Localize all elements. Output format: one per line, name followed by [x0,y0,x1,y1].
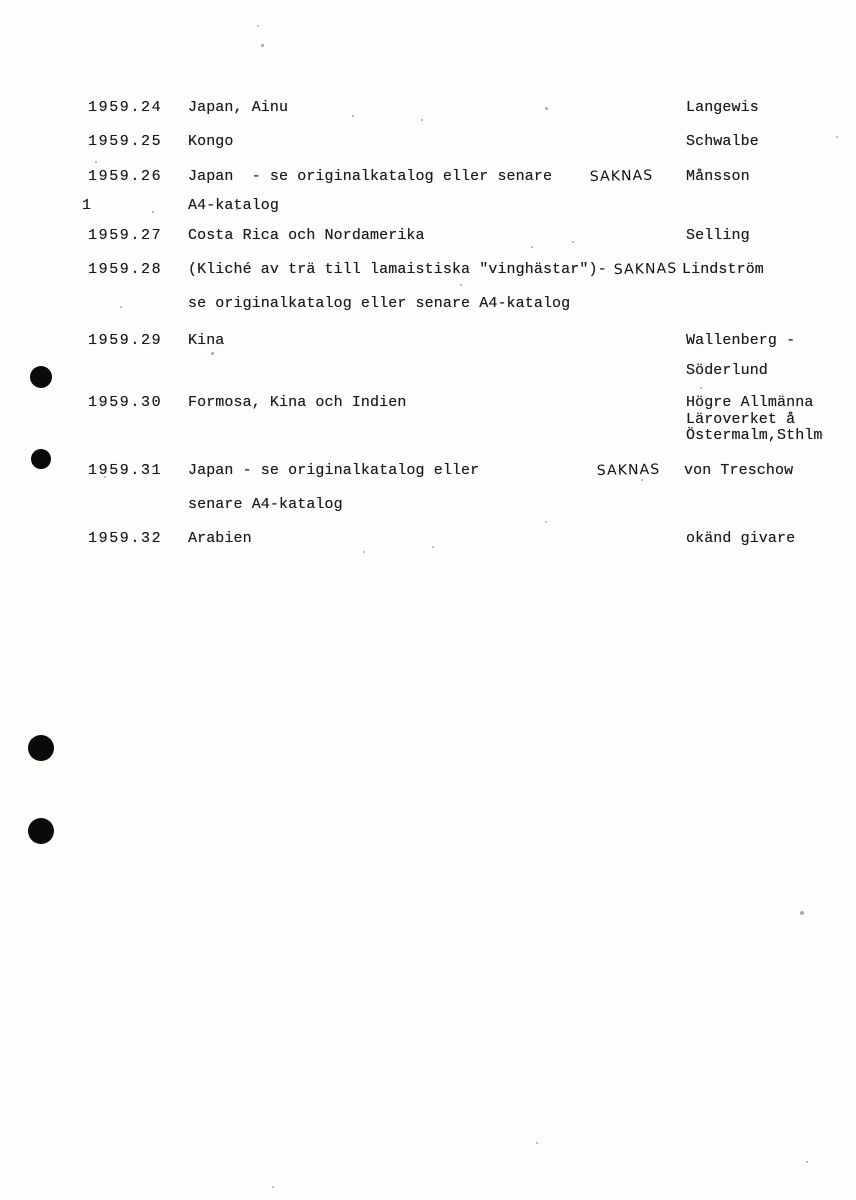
scan-speck [152,211,154,213]
donor-name: Wallenberg - [686,332,795,350]
scan-speck [800,911,804,915]
donor-name: Langewis [686,99,759,117]
donor-name: okänd givare [686,530,795,548]
entry-description: Kina [188,332,224,350]
entry-description: se originalkatalog eller senare A4-katal… [188,295,570,313]
scan-speck [641,479,643,481]
punch-hole-mark [30,366,52,388]
saknas-annotation: SAKNAS [614,260,678,279]
entry-description: senare A4-katalog [188,496,343,514]
scan-speck [363,551,365,553]
saknas-annotation: SAKNAS [590,167,654,186]
scan-speck [545,521,547,523]
scan-speck [211,352,214,355]
scan-speck [432,546,434,548]
punch-hole-mark [28,818,54,844]
accession-number: 1959.28 [88,261,162,279]
scan-speck [460,284,462,286]
donor-name: Schwalbe [686,133,759,151]
accession-number: 1959.24 [88,99,162,117]
donor-name: Lindström [682,261,764,279]
margin-note: 1 [82,197,91,215]
scan-speck [104,476,106,478]
scan-speck [95,161,97,163]
scan-speck [821,434,823,436]
accession-number: 1959.25 [88,133,162,151]
scan-speck [257,25,259,27]
accession-number: 1959.26 [88,168,162,186]
accession-number: 1959.27 [88,227,162,245]
scan-speck [545,107,548,110]
scan-speck [120,306,122,308]
scan-speck [531,246,533,248]
scan-speck [836,136,838,138]
entry-description: Formosa, Kina och Indien [188,394,406,412]
entry-description: Japan - se originalkatalog eller [188,462,479,480]
donor-name: Selling [686,227,750,245]
saknas-annotation: SAKNAS [597,461,661,480]
scanned-document-page: 1959.24Japan, AinuLangewis1959.25KongoSc… [0,0,856,1200]
punch-hole-mark [31,449,51,469]
donor-name: Östermalm,Sthlm [686,427,823,445]
scan-speck [536,1142,538,1144]
entry-description: Arabien [188,530,252,548]
accession-number: 1959.30 [88,394,162,412]
scan-speck [272,1186,274,1188]
entry-description: (Kliché av trä till lamaistiska "vinghäs… [188,261,607,279]
accession-number: 1959.32 [88,530,162,548]
punch-hole-mark [28,735,54,761]
scan-speck [149,342,151,344]
accession-number: 1959.31 [88,462,162,480]
entry-description: Japan, Ainu [188,99,288,117]
donor-name: Högre Allmänna [686,394,813,412]
scan-speck [261,44,264,47]
entry-description: A4-katalog [188,197,279,215]
scan-speck [421,119,423,121]
scan-speck [352,115,354,117]
scan-speck [806,1161,808,1163]
accession-number: 1959.29 [88,332,162,350]
entry-description: Japan - se originalkatalog eller senare [188,168,552,186]
entry-description: Kongo [188,133,234,151]
scan-speck [700,387,702,389]
donor-name: Söderlund [686,362,768,380]
donor-name: von Treschow [684,462,793,480]
scan-speck [236,208,238,210]
scan-speck [572,241,574,243]
donor-name: Månsson [686,168,750,186]
entry-description: Costa Rica och Nordamerika [188,227,425,245]
